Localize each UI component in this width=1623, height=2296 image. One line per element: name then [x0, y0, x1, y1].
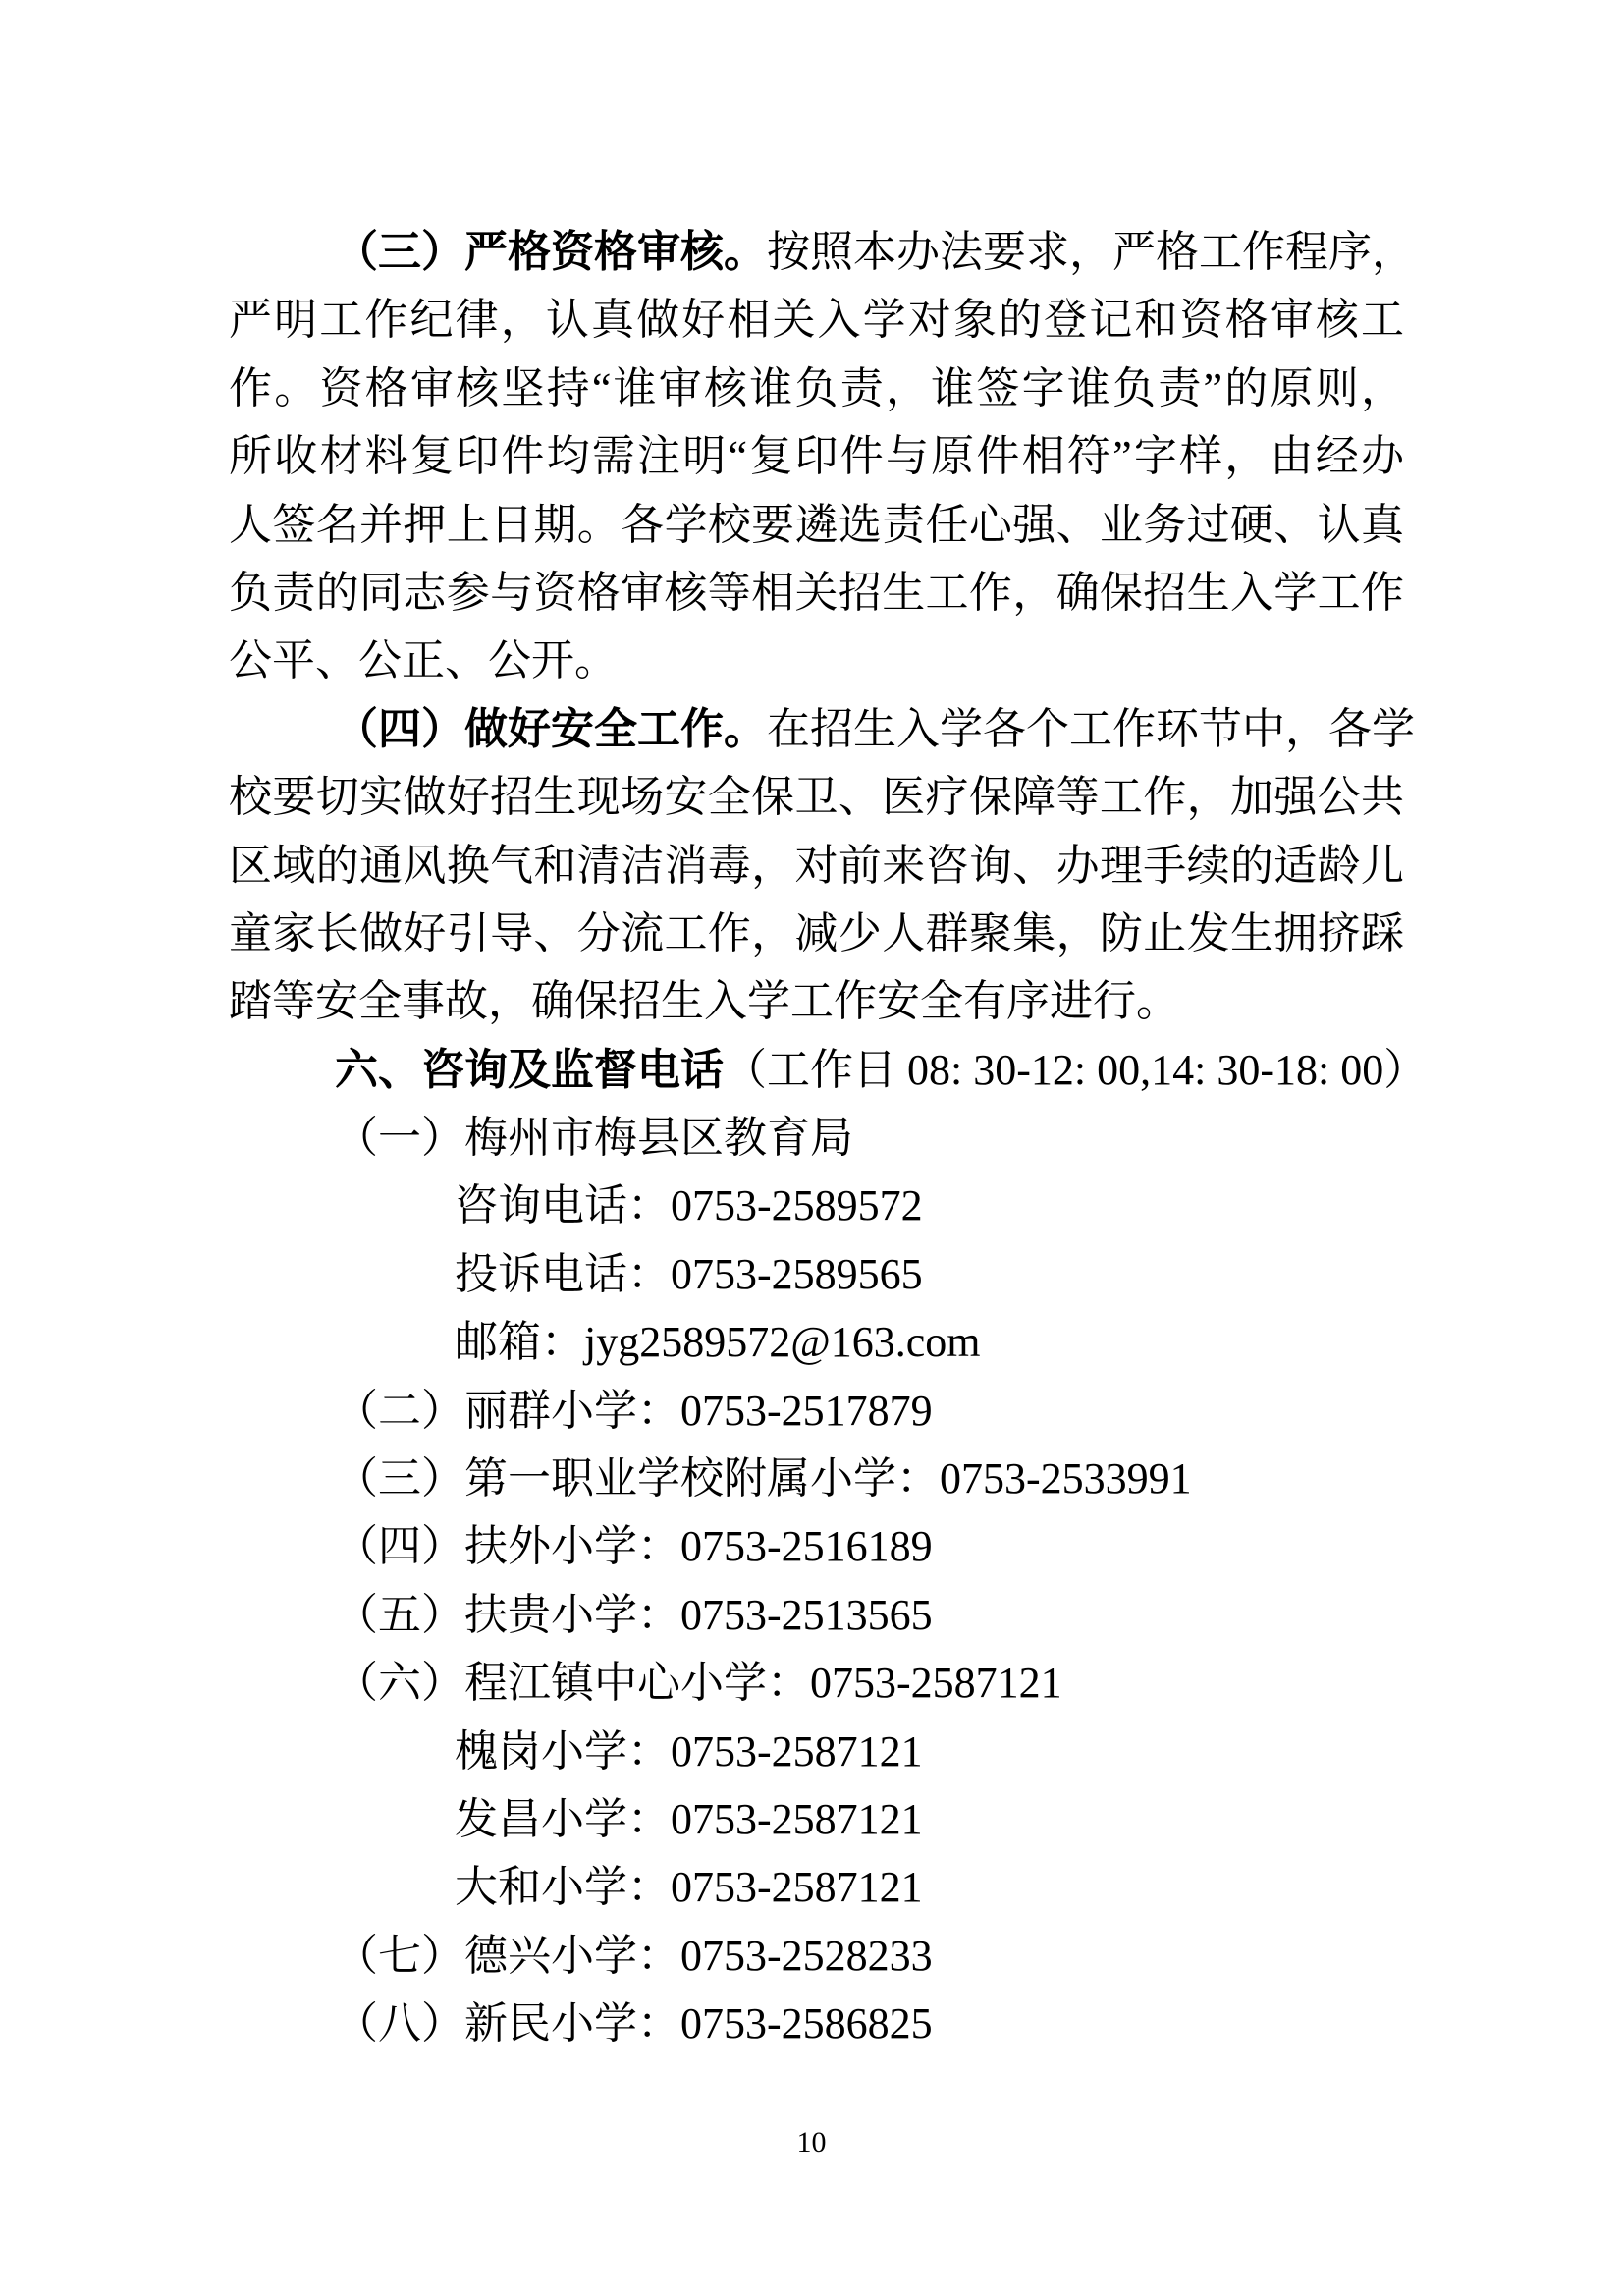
contact-line-liqun: （二）丽群小学：0753-2517879 [229, 1377, 1404, 1445]
document-body: （三）严格资格审核。按照本办法要求，严格工作程序， 严明工作纪律，认真做好相关入… [229, 218, 1404, 2058]
para-3-line-3: 作。资格审核坚持“谁审核谁负责，谁签字谁负责”的原则， [229, 355, 1404, 422]
para-3-line-5: 人签名并押上日期。各学校要遴选责任心强、业务过硬、认真 [229, 491, 1404, 559]
section-6-title-note: （工作日 08: 30-12: 00,14: 30-18: 00） [724, 1046, 1427, 1094]
para-3-line-1-rest: 按照本办法要求，严格工作程序， [767, 228, 1415, 276]
contact-line-fugui: （五）扶贵小学：0753-2513565 [229, 1581, 1404, 1649]
section-6-title-line: 六、咨询及监督电话（工作日 08: 30-12: 00,14: 30-18: 0… [229, 1036, 1404, 1104]
contact-line-dahe: 大和小学：0753-2587121 [229, 1853, 1404, 1921]
contact-line-chengjiang: （六）程江镇中心小学：0753-2587121 [229, 1649, 1404, 1717]
para-3-line-2: 严明工作纪律，认真做好相关入学对象的登记和资格审核工 [229, 286, 1404, 354]
contact-line-fuwai: （四）扶外小学：0753-2516189 [229, 1512, 1404, 1580]
contact-line-xinmin: （八）新民小学：0753-2586825 [229, 1990, 1404, 2057]
document-page: （三）严格资格审核。按照本办法要求，严格工作程序， 严明工作纪律，认真做好相关入… [0, 0, 1623, 2296]
para-4-line-1: （四）做好安全工作。在招生入学各个工作环节中，各学 [229, 695, 1404, 763]
para-3-lead: （三）严格资格审核。 [335, 228, 767, 276]
para-4-line-4: 童家长做好引导、分流工作，减少人群聚集，防止发生拥挤踩 [229, 900, 1404, 967]
para-4-line-5: 踏等安全事故，确保招生入学工作安全有序进行。 [229, 967, 1404, 1035]
para-3-line-6: 负责的同志参与资格审核等相关招生工作，确保招生入学工作 [229, 559, 1404, 627]
contact-line-dexing: （七）德兴小学：0753-2528233 [229, 1922, 1404, 1990]
para-4-lead: （四）做好安全工作。 [335, 705, 767, 753]
para-3-line-4: 所收材料复印件均需注明“复印件与原件相符”字样，由经办 [229, 422, 1404, 490]
para-3-line-1: （三）严格资格审核。按照本办法要求，严格工作程序， [229, 218, 1404, 286]
contact-line-complaint-phone: 投诉电话：0753-2589565 [229, 1240, 1404, 1308]
contact-line-huaigang: 槐岗小学：0753-2587121 [229, 1718, 1404, 1785]
page-number: 10 [0, 2123, 1623, 2162]
contact-line-diyi-zhiye: （三）第一职业学校附属小学：0753-2533991 [229, 1445, 1404, 1512]
contact-line-bureau: （一）梅州市梅县区教育局 [229, 1104, 1404, 1172]
para-3-line-7: 公平、公正、公开。 [229, 627, 1404, 694]
para-4-line-2: 校要切实做好招生现场安全保卫、医疗保障等工作，加强公共 [229, 763, 1404, 831]
contact-line-consult-phone: 咨询电话：0753-2589572 [229, 1172, 1404, 1239]
contact-line-fachang: 发昌小学：0753-2587121 [229, 1785, 1404, 1853]
para-4-line-1-rest: 在招生入学各个工作环节中，各学 [767, 705, 1415, 753]
section-6-title: 六、咨询及监督电话 [335, 1046, 724, 1094]
contact-line-email: 邮箱：jyg2589572@163.com [229, 1308, 1404, 1376]
para-4-line-3: 区域的通风换气和清洁消毒，对前来咨询、办理手续的适龄儿 [229, 832, 1404, 900]
